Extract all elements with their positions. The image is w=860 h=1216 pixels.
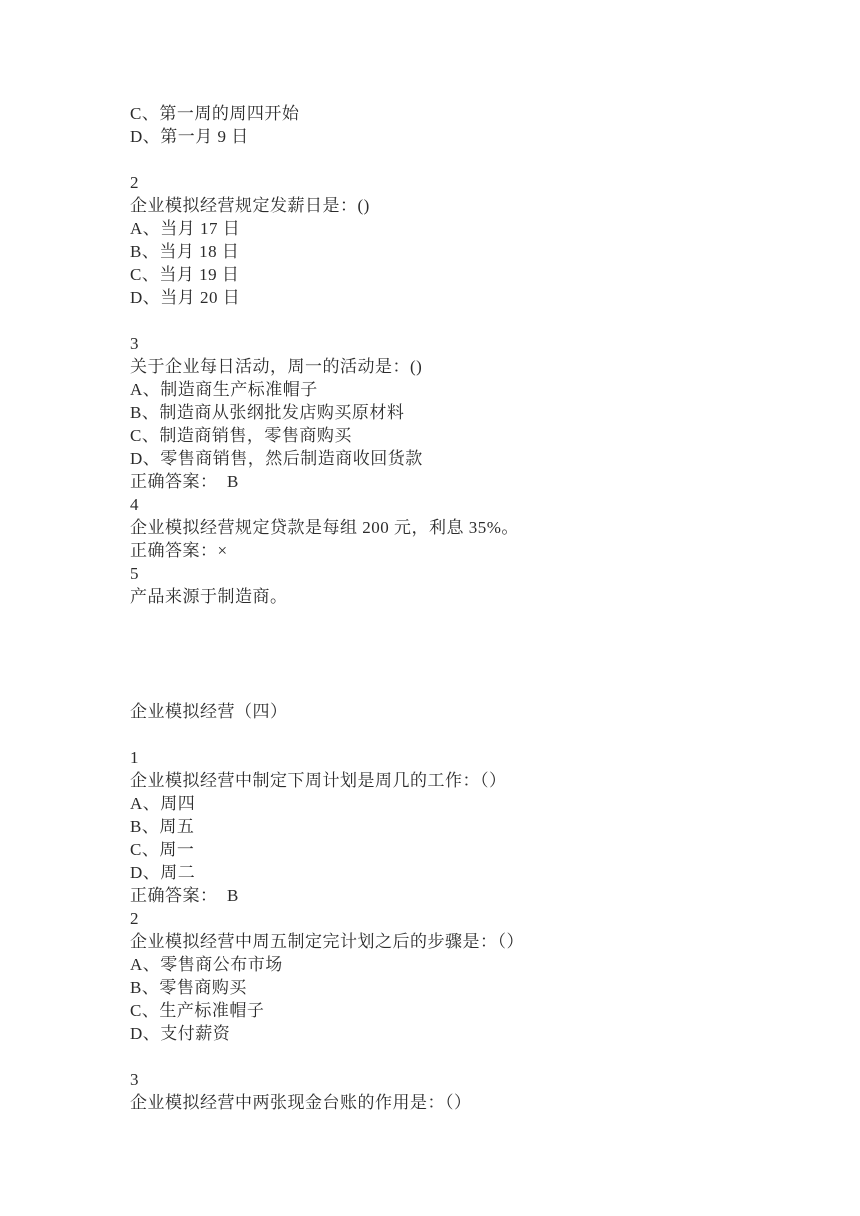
text-line: C、生产标准帽子 (130, 999, 820, 1022)
text-line: 正确答案： B (130, 470, 820, 493)
text-line: D、周二 (130, 861, 820, 884)
text-line: 企业模拟经营中两张现金台账的作用是：（） (130, 1091, 820, 1114)
text-line: A、零售商公布市场 (130, 953, 820, 976)
blank-line (130, 654, 820, 677)
text-line: A、制造商生产标准帽子 (130, 378, 820, 401)
text-line: C、制造商销售，零售商购买 (130, 424, 820, 447)
text-line: 2 (130, 907, 820, 930)
text-line: 企业模拟经营中制定下周计划是周几的工作：（） (130, 769, 820, 792)
text-line: A、当月 17 日 (130, 217, 820, 240)
blank-line (130, 677, 820, 700)
text-line: 2 (130, 171, 820, 194)
text-line: D、当月 20 日 (130, 286, 820, 309)
text-line: C、周一 (130, 838, 820, 861)
text-line: D、支付薪资 (130, 1022, 820, 1045)
text-line: B、周五 (130, 815, 820, 838)
text-line: 企业模拟经营（四） (130, 700, 820, 723)
text-line: 5 (130, 562, 820, 585)
text-line: 企业模拟经营规定发薪日是：() (130, 194, 820, 217)
text-line: 4 (130, 493, 820, 516)
text-line: 企业模拟经营中周五制定完计划之后的步骤是：（） (130, 930, 820, 953)
blank-line (130, 309, 820, 332)
text-line: 关于企业每日活动，周一的活动是：() (130, 355, 820, 378)
text-line: 3 (130, 332, 820, 355)
blank-line (130, 631, 820, 654)
text-line: C、当月 19 日 (130, 263, 820, 286)
text-line: B、零售商购买 (130, 976, 820, 999)
text-line: B、当月 18 日 (130, 240, 820, 263)
text-line: 企业模拟经营规定贷款是每组 200 元，利息 35%。 (130, 516, 820, 539)
text-line: 3 (130, 1068, 820, 1091)
text-line: 正确答案：× (130, 539, 820, 562)
text-line: B、制造商从张纲批发店购买原材料 (130, 401, 820, 424)
text-line: C、第一周的周四开始 (130, 102, 820, 125)
text-line: A、周四 (130, 792, 820, 815)
text-line: D、零售商销售，然后制造商收回货款 (130, 447, 820, 470)
document-page: C、第一周的周四开始D、第一月 9 日2企业模拟经营规定发薪日是：()A、当月 … (0, 0, 860, 1216)
blank-line (130, 148, 820, 171)
text-line: 1 (130, 746, 820, 769)
document-body: C、第一周的周四开始D、第一月 9 日2企业模拟经营规定发薪日是：()A、当月 … (130, 102, 820, 1114)
text-line: 正确答案： B (130, 884, 820, 907)
text-line: D、第一月 9 日 (130, 125, 820, 148)
text-line: 产品来源于制造商。 (130, 585, 820, 608)
blank-line (130, 608, 820, 631)
blank-line (130, 723, 820, 746)
blank-line (130, 1045, 820, 1068)
